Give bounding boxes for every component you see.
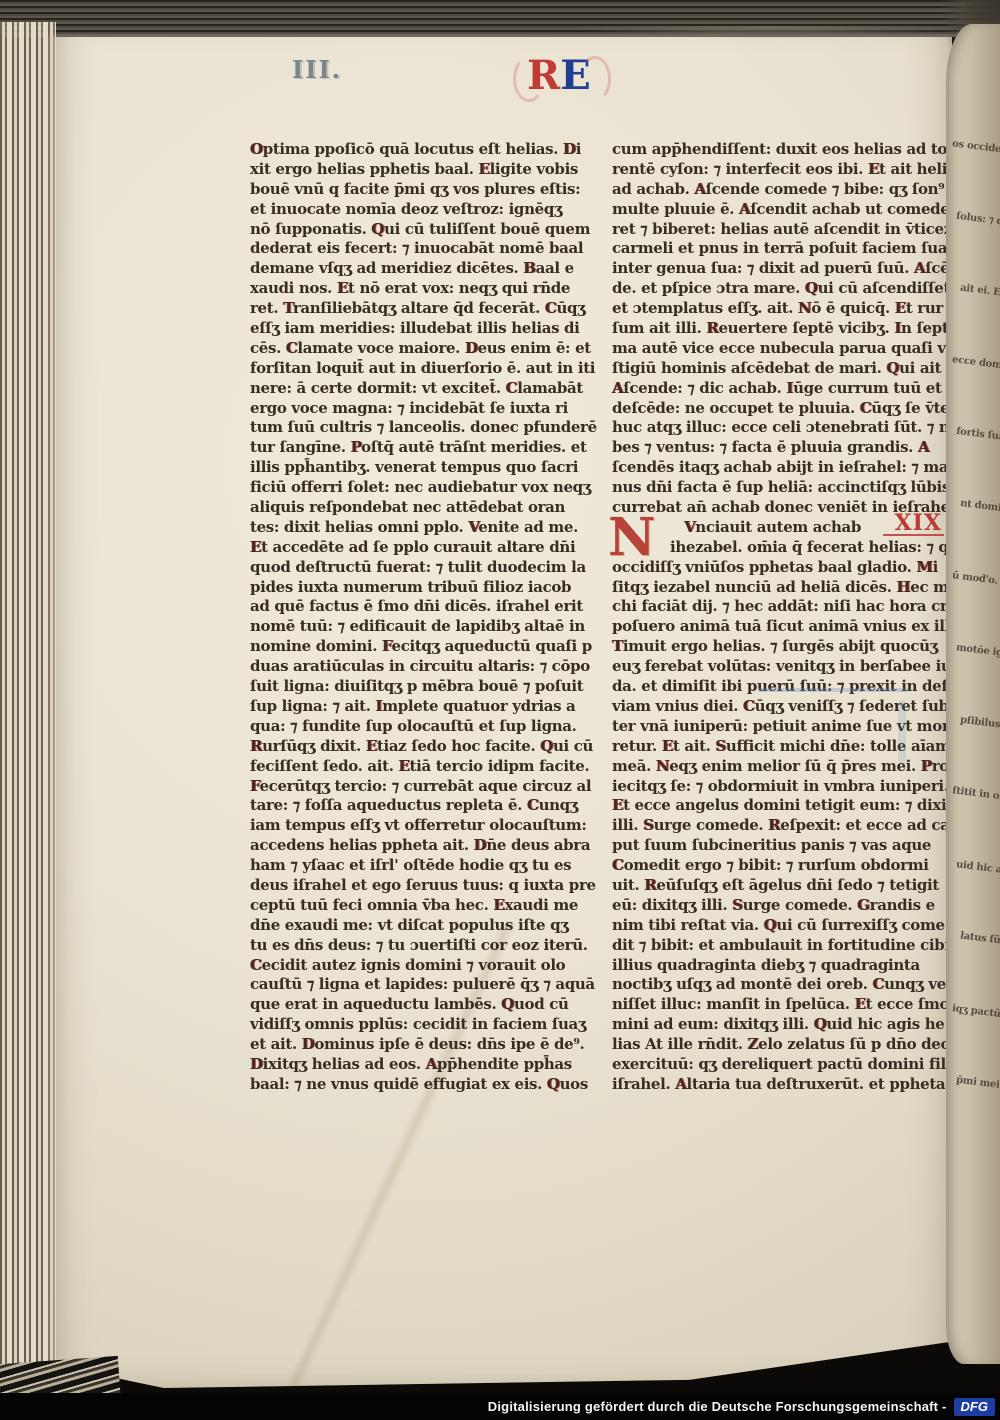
text-line: baal: ⁊ ne vnus quidē effugiat ex eis. Q…	[250, 1075, 572, 1095]
text-line: retur. Et ait. Sufficit michi dn̄e: toll…	[612, 737, 934, 757]
text-line: duas aratiūculas in circuitu altaris: ⁊ …	[250, 657, 572, 677]
text-line: ſup ligna: ⁊ ait. Implete quatuor ydrias…	[250, 697, 572, 717]
dfg-logo: DFG	[954, 1398, 995, 1416]
text-line: vidiſſʒ omnis pplūs: cecidit in faciem ſ…	[250, 1015, 572, 1035]
text-line: qua: ⁊ fundite ſup olocauſtū et ſup lign…	[250, 717, 572, 737]
text-line: ma autē vice ecce nubecula parua quaſi v…	[612, 339, 934, 359]
text-line: exercituū: qʒ dereliquert pactū domini f…	[612, 1055, 934, 1075]
text-line: noctibʒ uſqʒ ad montē dei oreb. Cunqʒ ve	[612, 975, 934, 995]
text-line: bouē vnū q facite p̄mi qʒ vos plures eſt…	[250, 180, 572, 200]
text-line: tes: dixit helias omni pplo. Venite ad m…	[250, 518, 572, 538]
manuscript-scan: III. RE Optima ppoſicō quā locutus eſt h…	[0, 0, 1000, 1420]
text-line: iam tempus eſſʒ vt offerretur olocauſtum…	[250, 816, 572, 836]
text-line: demane vſqʒ ad meridiez dicētes. Baal e	[250, 259, 572, 279]
fore-edge-text-fragment: nt domini. N	[960, 498, 1000, 517]
text-line: cum app̄hendiſſent: duxit eos helias ad …	[612, 140, 934, 160]
right-column-text-before-chapter: cum app̄hendiſſent: duxit eos helias ad …	[612, 140, 934, 518]
chapter-initial-letter: N	[608, 515, 655, 561]
text-line: Fecerūtqʒ tercio: ⁊ currebāt aque circuz…	[250, 777, 572, 797]
text-line: et ɔtemplatus eſſʒ. ait. Nō ē quicq̄. Et…	[612, 299, 934, 319]
chapter-heading-line: N Vnciauit autem achab XIX	[612, 518, 934, 538]
text-line: cauſtū ⁊ ligna et lapides: puluerē q̄ʒ ⁊…	[250, 975, 572, 995]
text-line: uit. Reūſuſqʒ eſt āgelus dn̄i ſedo ⁊ tet…	[612, 876, 934, 896]
text-line: bes ⁊ ventus: ⁊ facta ē pluuia grandis. …	[612, 438, 934, 458]
text-line: feciſſent ſedo. ait. Etiā tercio idipm f…	[250, 757, 572, 777]
text-line: quod deſtructū fuerat: ⁊ tulit duodecim …	[250, 558, 572, 578]
text-line: Timuit ergo helias. ⁊ ſurgēs abijt quocū…	[612, 637, 934, 657]
text-line: ſuit ligna: diuiſitqʒ p mēbra bouē ⁊ poſ…	[250, 677, 572, 697]
text-line: ficiū offerri ſolet: nec audiebatur vox …	[250, 478, 572, 498]
text-line: ſum ait illi. Reuertere ſeptē vicibʒ. In…	[612, 319, 934, 339]
text-line: nō ſupponatis. Qui cū tuliſſent bouē que…	[250, 220, 572, 240]
next-page-fore-edge: os occideriſſolus: ⁊ quait ei. Egreecce …	[946, 24, 1000, 1364]
text-line: et ait. Dominus ipſe ē deus: dn̄s ipe ē …	[250, 1035, 572, 1055]
fore-edge-text-fragment: pſibilus au	[960, 715, 1000, 733]
text-line: viam vnius diei. Cūqʒ veniſſʒ ⁊ ſederet …	[612, 697, 934, 717]
text-column-left: Optima ppoſicō quā locutus eſt helias. D…	[250, 140, 572, 1095]
text-line: tu es dn̄s deus: ⁊ tu ɔuertiſti cor eoz …	[250, 936, 572, 956]
text-line: dit ⁊ bibit: et ambulauit in fortitudine…	[612, 936, 934, 956]
fore-edge-text-fragment: uid hic a	[956, 859, 1000, 876]
text-line: iſrahel. Altaria tua deſtruxerūt. et pph…	[612, 1075, 934, 1095]
chapter-incipit: Vnciauit autem achab	[684, 518, 861, 538]
fore-edge-text-fragment: ſolus: ⁊ qu	[956, 211, 1000, 229]
text-line: dederat eis fecert: ⁊ inuocabāt nomē baa…	[250, 239, 572, 259]
text-line: Comedit ergo ⁊ bibit: ⁊ rurſum obdormi	[612, 856, 934, 876]
fore-edge-text-fragment: fortis ſubuer	[956, 426, 1000, 445]
text-line: chi faciāt dij. ⁊ hec addāt: niſi hac ho…	[612, 597, 934, 617]
text-line: tum ſuū cultris ⁊ lanceolis. donec pfund…	[250, 418, 572, 438]
right-column-text-after-chapter: occidiſſʒ vniūſos pphetas baal gladio. M…	[612, 558, 934, 1095]
chapter-number: XIX	[883, 514, 944, 536]
show-through-mark	[898, 700, 906, 764]
digitization-credit-bar: Digitalisierung gefördert durch die Deut…	[0, 1393, 1000, 1420]
text-line: ihezabel. om̄ia q̄ fecerat helias: ⁊ quō	[612, 538, 934, 558]
fore-edge-text-fragment: p̄mi mei ſū	[956, 1075, 1000, 1093]
page-stack-left-edge	[0, 22, 56, 1390]
text-line: eſſʒ iam meridies: illudebat illis helia…	[250, 319, 572, 339]
text-line: ceptū tuū feci omnia v̄ba hec. Exaudi me	[250, 896, 572, 916]
text-line: accedens helias ppheta ait. Dn̄e deus ab…	[250, 836, 572, 856]
text-line: Et ecce angelus domini tetigit eum: ⁊ di…	[612, 796, 934, 816]
text-line: Aſcende: ⁊ dic achab. Iūge currum tuū et	[612, 379, 934, 399]
text-line: multe pluuie ē. Aſcendit achab ut comede	[612, 200, 934, 220]
text-line: illi. Surge comede. Reſpexit: et ecce ad…	[612, 816, 934, 836]
text-line: mini ad eum: dixitqʒ illi. Quid hic agis…	[612, 1015, 934, 1035]
fore-edge-text-fragment: ū mod'o. Nō	[952, 570, 1000, 589]
text-line: deſcēde: ne occupet te pluuia. Cūqʒ ſe v…	[612, 399, 934, 419]
text-line: Cecidit autez ignis domini ⁊ vorauit olo	[250, 956, 572, 976]
text-line: huc atqʒ illuc: ecce celi ɔtenebrati ſūt…	[612, 418, 934, 438]
text-line: ret ⁊ biberet: helias autē aſcendit in v…	[612, 220, 934, 240]
text-line: ſtigiū hominis aſcēdebat de mari. Qui ai…	[612, 359, 934, 379]
left-column-text: Optima ppoſicō quā locutus eſt helias. D…	[250, 140, 572, 1095]
text-line: deus iſrahel et ego ſeruus tuus: q iuxta…	[250, 876, 572, 896]
text-line: ham ⁊ yſaac et iſrl' oſtēde hodie qʒ tu …	[250, 856, 572, 876]
text-line: aliquis reſpondebat nec attēdebat oran	[250, 498, 572, 518]
running-title: RE	[527, 52, 589, 99]
text-line: rentē cyſon: ⁊ interfecit eos ibi. Et ai…	[612, 160, 934, 180]
text-line: poſuero animā tuā ſicut animā vnius ex i…	[612, 617, 934, 637]
ink-offset-ghost	[513, 56, 545, 102]
text-line: Et accedēte ad ſe pplo curauit altare dn…	[250, 538, 572, 558]
text-line: nere: ā certe dormit: vt excitet̄. Clama…	[250, 379, 572, 399]
text-line: inter genua ſua: ⁊ dixit ad puerū ſuū. A…	[612, 259, 934, 279]
text-line: Rurſūqʒ dixit. Etiaz ſedo hoc facite. Qu…	[250, 737, 572, 757]
text-line: Optima ppoſicō quā locutus eſt helias. D…	[250, 140, 572, 160]
text-line: occidiſſʒ vniūſos pphetas baal gladio. M…	[612, 558, 934, 578]
text-line: put ſuum ſubcineritius panis ⁊ vas aque	[612, 836, 934, 856]
text-line: ſcendēs itaqʒ achab abijt in ieſrahel: ⁊…	[612, 458, 934, 478]
text-line: que erat in aqueductu lambēs. Quod cū	[250, 995, 572, 1015]
text-line: dn̄e exaudi me: vt diſcat populus iſte q…	[250, 916, 572, 936]
text-line: meā. Neqʒ enim melior ſū q̄ p̄res mei. P…	[612, 757, 934, 777]
fore-edge-text-fragment: motōe ignis	[956, 642, 1000, 661]
fore-edge-text-fragment: iqʒ pactū	[952, 1003, 1000, 1020]
fore-edge-text-fragment: ſtitit in oſtio ſp	[952, 785, 1000, 806]
text-line: iecitqʒ ſe: ⁊ obdormiuit in vmbra iunipe…	[612, 777, 934, 797]
text-line: nomine domini. Fecitqʒ aqueductū quaſi p	[250, 637, 572, 657]
fore-edge-text-fragment: ecce domini	[952, 354, 1000, 373]
show-through-mark	[758, 688, 908, 692]
fore-edge-text-fragment: os occideriſ	[952, 138, 1000, 156]
text-line: forſitan loquit̄ aut in diuerſorio ē. au…	[250, 359, 572, 379]
book-number: III.	[292, 55, 342, 84]
text-line: ſitqʒ iezabel nunciū ad heliā dicēs. Hec…	[612, 578, 934, 598]
text-line: tur ſangīne. Poſtq̄ autē trāſnt meridies…	[250, 438, 572, 458]
text-line: de. et pſpice ɔtra mare. Qui cū aſcendiſ…	[612, 279, 934, 299]
ink-offset-ghost	[579, 56, 611, 102]
text-column-right: cum app̄hendiſſent: duxit eos helias ad …	[612, 140, 934, 1095]
text-line: ergo voce magna: ⁊ incidebāt ſe iuxta ri	[250, 399, 572, 419]
text-line: carmeli et pnus in terrā poſuit faciem ſ…	[612, 239, 934, 259]
text-line: niſſet illuc: manſit in ſpelūca. Et ecce…	[612, 995, 934, 1015]
text-line: illis pph̄antibʒ. venerat tempus quo ſac…	[250, 458, 572, 478]
text-line: tare: ⁊ foſſa aqueductus repleta ē. Cunq…	[250, 796, 572, 816]
text-line: ret. Tranſiliebātqʒ altare q̄d fecerāt. …	[250, 299, 572, 319]
fore-edge-text-fragment: ait ei. Egre	[960, 282, 1000, 300]
text-line: nim tibi reſtat via. Qui cū ſurrexiſſʒ c…	[612, 916, 934, 936]
text-line: ad quē factus ē ſmo dn̄i dicēs. iſrahel …	[250, 597, 572, 617]
text-line: pides iuxta numerum tribuū filioz iacob	[250, 578, 572, 598]
text-line: nus dn̄i facta ē ſup heliā: accinctiſqʒ …	[612, 478, 934, 498]
text-line: ad achab. Aſcende comede ⁊ bibe: qʒ ſon⁹	[612, 180, 934, 200]
text-line: xaudi nos. Et nō erat vox: neqʒ qui rn̄d…	[250, 279, 572, 299]
fore-edge-text-fragment: latus ſū p d	[960, 930, 1000, 948]
text-line: xit ergo helias pphetis baal. Eligite vo…	[250, 160, 572, 180]
text-line: et inuocate nomīa deoz veſtroz: ignēqʒ	[250, 200, 572, 220]
text-line: eū: dixitqʒ illi. Surge comede. Grandis …	[612, 896, 934, 916]
book-top-edge	[0, 0, 1000, 37]
text-line: lias At ille rn̄dit. Zelo zelatus ſū p d…	[612, 1035, 934, 1055]
text-line: nomē tuū: ⁊ edificauit de lapidibʒ altaē…	[250, 617, 572, 637]
digitization-credit-text: Digitalisierung gefördert durch die Deut…	[488, 1399, 947, 1414]
text-line: illius quadraginta diebʒ ⁊ quadraginta	[612, 956, 934, 976]
text-line: cēs. Clamate voce maiore. Deus enim ē: e…	[250, 339, 572, 359]
text-line: euʒ ferebat volūtas: venitqʒ in berſabee…	[612, 657, 934, 677]
text-line: Dixitqʒ helias ad eos. App̄hendite pph̄a…	[250, 1055, 572, 1075]
text-line: da. et dimiſit ibi puerū ſuū: ⁊ prexit i…	[612, 677, 934, 697]
text-line: ter vnā iuniperū: petiuit anime ſue vt m…	[612, 717, 934, 737]
